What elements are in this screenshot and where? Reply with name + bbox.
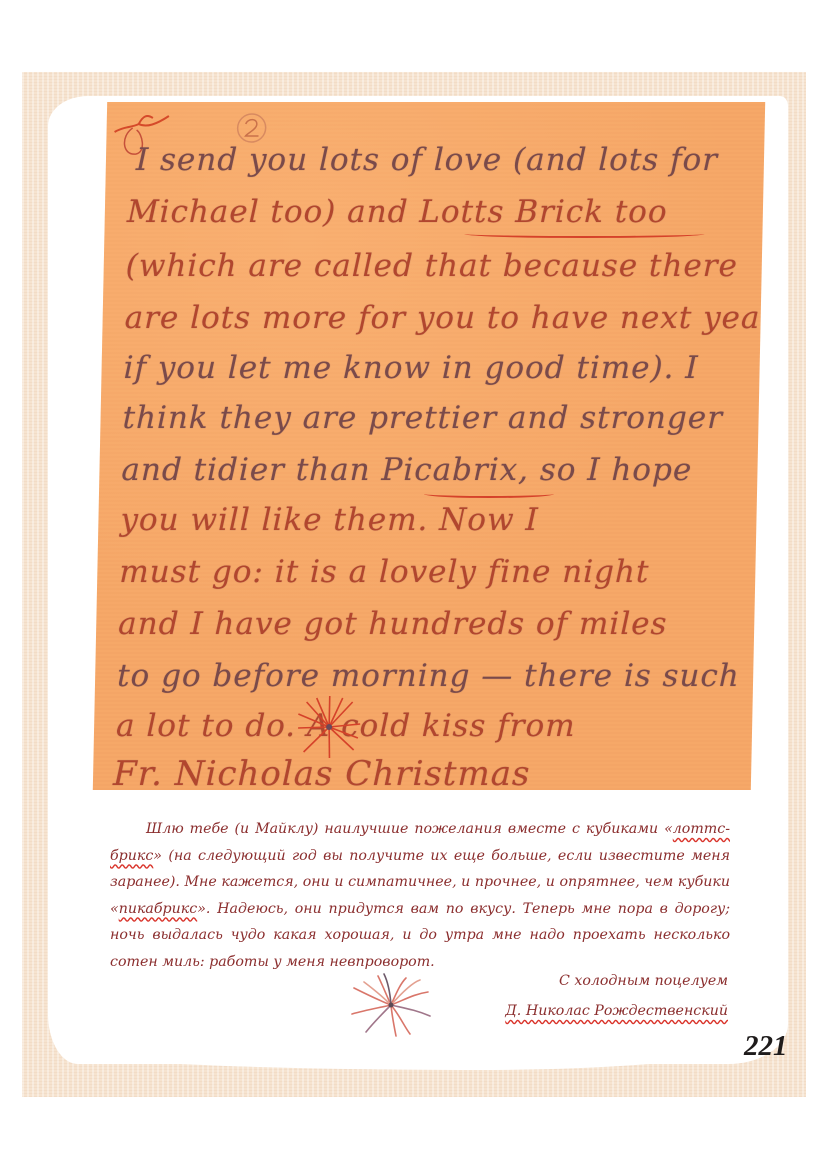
letter-line: are lots more for you to have next year bbox=[124, 300, 765, 336]
sun-doodle-icon bbox=[293, 692, 364, 762]
signature: Д. Николас Рождественский bbox=[505, 996, 728, 1026]
letter-line: if you let me know in good time). I bbox=[123, 350, 699, 386]
letter-line: must go: it is a lovely fine night bbox=[119, 554, 650, 590]
letter-line: you will like them. Now I bbox=[120, 502, 539, 538]
letter-line: to go before morning — there is such bbox=[117, 658, 740, 694]
lotts-brick-underline bbox=[464, 230, 704, 238]
pikabrix-term: пикабрикс bbox=[119, 901, 198, 917]
translation-paragraph: Шлю тебе (и Майклу) наилучшие пожелания … bbox=[110, 816, 730, 975]
russian-translation: Шлю тебе (и Майклу) наилучшие пожелания … bbox=[110, 816, 730, 975]
picabrix-underline bbox=[424, 490, 554, 498]
closing-block: С холодным поцелуем Д. Николас Рождестве… bbox=[505, 966, 728, 1026]
letter-line: and tidier than Picabrix, so I hope bbox=[121, 452, 693, 488]
letter-line: think they are prettier and stronger bbox=[122, 400, 723, 436]
closing-line: С холодным поцелуем bbox=[505, 966, 728, 996]
signature-underline bbox=[103, 786, 723, 790]
letter-line: (which are called that because there bbox=[125, 248, 738, 284]
page-number: 221 bbox=[744, 1030, 788, 1063]
sun-ornament-icon bbox=[348, 970, 434, 1040]
handwritten-letter-image: I send you lots of love (and lots for Mi… bbox=[93, 102, 765, 790]
letter-line: and I have got hundreds of miles bbox=[118, 606, 668, 642]
letter-line: I send you lots of love (and lots for bbox=[136, 142, 719, 178]
letter-line: Michael too) and Lotts Brick too bbox=[127, 194, 668, 230]
